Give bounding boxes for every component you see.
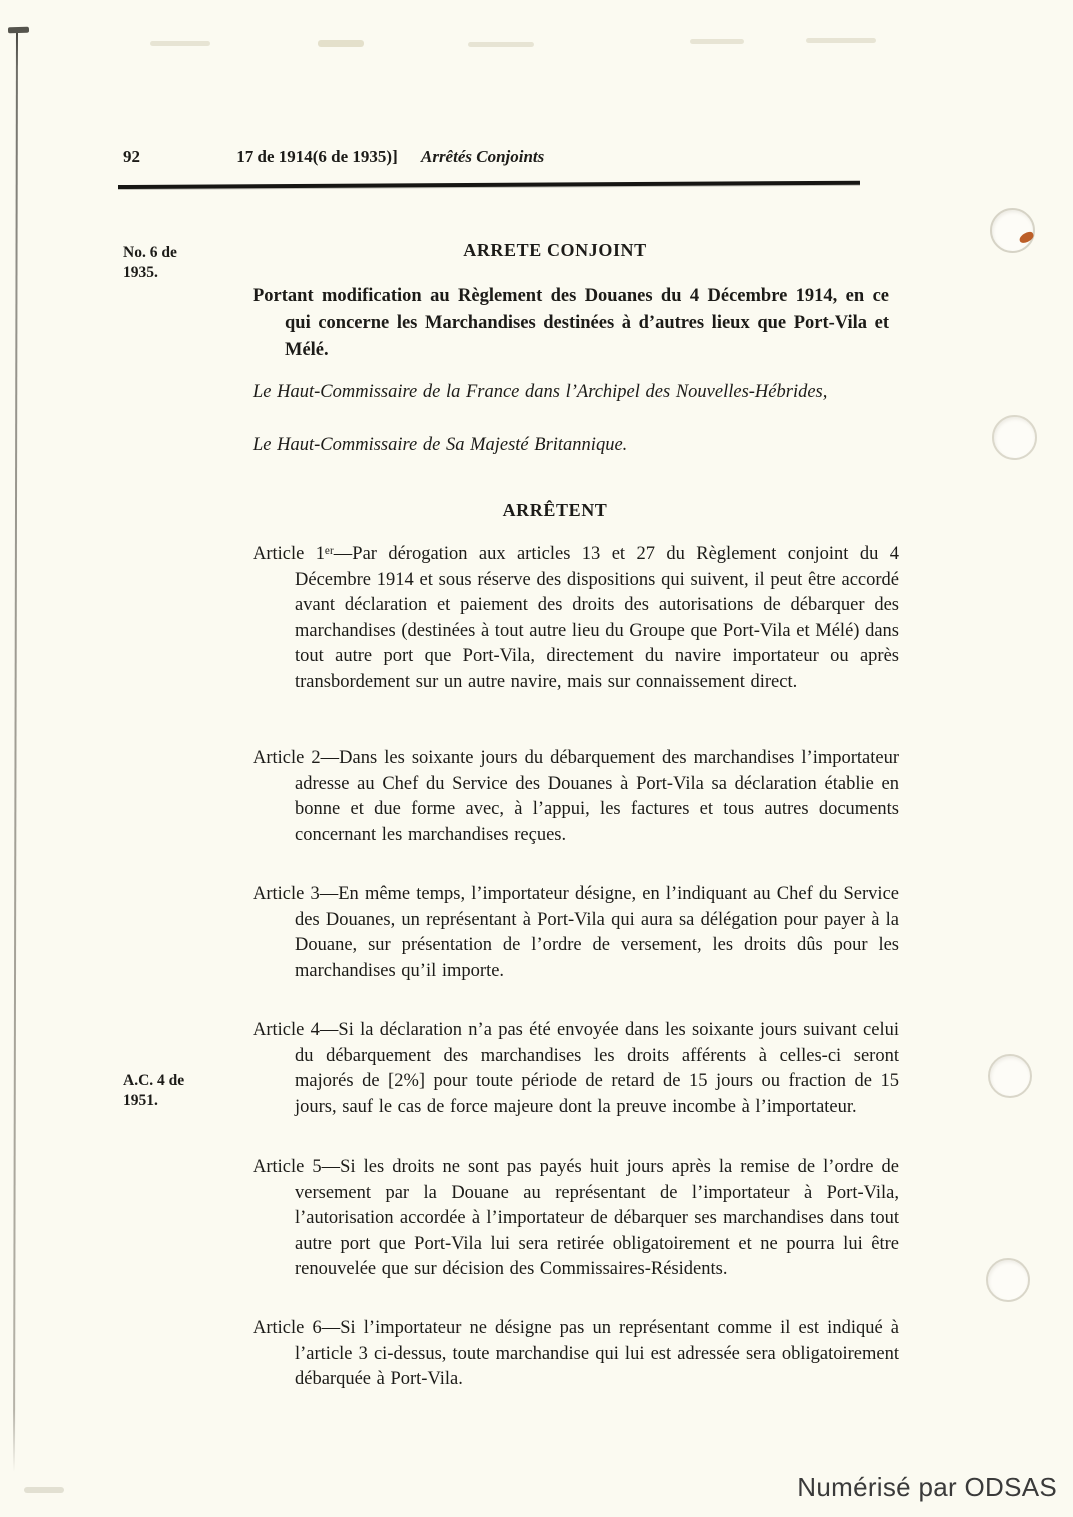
article-2: Article 2—Dans les soixante jours du déb… <box>253 746 899 848</box>
margin-note-line: 1951. <box>123 1091 241 1111</box>
margin-note-line: No. 6 de <box>123 243 241 263</box>
preamble-british-high-commissioner: Le Haut-Commissaire de Sa Majesté Britan… <box>253 432 857 458</box>
enactment-heading: ARRÊTENT <box>253 500 857 521</box>
article-5: Article 5—Si les droits ne sont pas payé… <box>253 1155 899 1283</box>
margin-note-ordinance: No. 6 de 1935. <box>123 243 241 282</box>
article-1: Article 1ᵉʳ—Par dérogation aux articles … <box>253 542 899 695</box>
margin-note-line: A.C. 4 de <box>123 1071 241 1091</box>
binder-hole <box>992 415 1037 460</box>
header-rule <box>118 181 860 189</box>
scan-smudge <box>150 41 210 46</box>
document-heading: ARRETE CONJOINT <box>253 240 857 261</box>
article-3: Article 3—En même temps, l’importateur d… <box>253 882 899 984</box>
scan-smudge <box>318 40 364 47</box>
document-subject: Portant modification au Règlement des Do… <box>253 283 889 364</box>
scan-smudge <box>806 38 876 43</box>
scan-left-edge-line <box>13 30 18 1472</box>
page-header: 92 17 de 1914(6 de 1935)] Arrêtés Conjoi… <box>123 147 883 167</box>
header-section-title: Arrêtés Conjoints <box>421 147 544 166</box>
preamble-french-high-commissioner: Le Haut-Commissaire de la France dans l’… <box>253 379 857 405</box>
binder-hole <box>986 1258 1030 1302</box>
header-reference: 17 de 1914(6 de 1935)] <box>236 147 397 166</box>
article-4: Article 4—Si la déclaration n’a pas été … <box>253 1018 899 1120</box>
scan-smudge <box>24 1487 64 1493</box>
scanned-document-page: 92 17 de 1914(6 de 1935)] Arrêtés Conjoi… <box>0 0 1073 1517</box>
binder-hole <box>990 208 1035 253</box>
margin-note-line: 1935. <box>123 263 241 283</box>
scan-corner-mark <box>8 27 29 34</box>
scan-credit: Numérisé par ODSAS <box>797 1472 1057 1503</box>
article-6: Article 6—Si l’importateur ne désigne pa… <box>253 1316 899 1393</box>
scan-smudge <box>690 39 744 44</box>
scan-smudge <box>468 42 534 47</box>
margin-note-amendment: A.C. 4 de 1951. <box>123 1071 241 1110</box>
page-number: 92 <box>123 147 140 166</box>
binder-hole <box>988 1054 1032 1098</box>
